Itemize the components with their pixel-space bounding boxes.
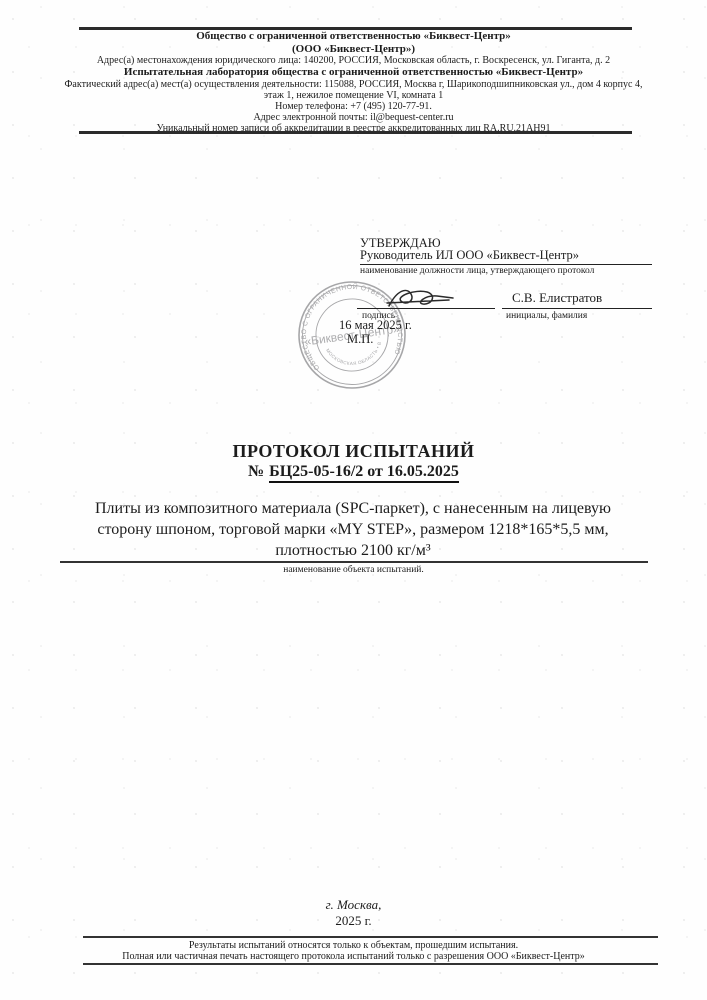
approver-name: С.В. Елистратов <box>502 290 602 305</box>
number-sign: № <box>248 463 264 480</box>
org-name: Общество с ограниченной ответственностью… <box>60 30 647 43</box>
object-caption: наименование объекта испытаний. <box>0 565 707 575</box>
protocol-title: ПРОТОКОЛ ИСПЫТАНИЙ <box>0 441 707 462</box>
footer-rule-bottom <box>83 963 658 965</box>
phone-number: Номер телефона: +7 (495) 120-77-91. <box>60 101 647 112</box>
approval-date: 16 мая 2025 г. <box>339 318 412 333</box>
place-city: г. Москва, <box>0 897 707 913</box>
header-rule-bottom <box>79 131 632 134</box>
object-description: Плиты из композитного материала (SPC-пар… <box>73 498 633 561</box>
footer-note-2: Полная или частичная печать настоящего п… <box>0 951 707 962</box>
approver-position: Руководитель ИЛ ООО «Биквест-Центр» <box>360 248 652 265</box>
legal-address: Адрес(а) местонахождения юридического ли… <box>60 55 647 66</box>
name-caption: инициалы, фамилия <box>506 311 587 321</box>
seal-mark: М.П. <box>347 332 373 347</box>
org-header: Общество с ограниченной ответственностью… <box>60 30 647 134</box>
number-value: БЦ25-05-16/2 от 16.05.2025 <box>269 463 459 483</box>
signature-scribble <box>385 284 457 312</box>
footer-rule-top <box>83 936 658 938</box>
place-year: 2025 г. <box>0 913 707 929</box>
actual-address: Фактический адрес(а) мест(а) осуществлен… <box>60 79 647 101</box>
email-address: Адрес электронной почты: il@bequest-cent… <box>60 112 647 123</box>
protocol-number: №БЦ25-05-16/2 от 16.05.2025 <box>0 463 707 481</box>
footer-note-1: Результаты испытаний относятся только к … <box>0 940 707 951</box>
object-caption-rule <box>60 561 648 563</box>
lab-name: Испытательная лаборатория общества с огр… <box>60 66 647 79</box>
org-short-name: (ООО «Биквест-Центр») <box>60 43 647 56</box>
position-caption: наименование должности лица, утверждающе… <box>360 266 594 276</box>
approver-name-field: С.В. Елистратов <box>502 289 652 309</box>
document-page: Общество с ограниченной ответственностью… <box>0 0 707 1000</box>
